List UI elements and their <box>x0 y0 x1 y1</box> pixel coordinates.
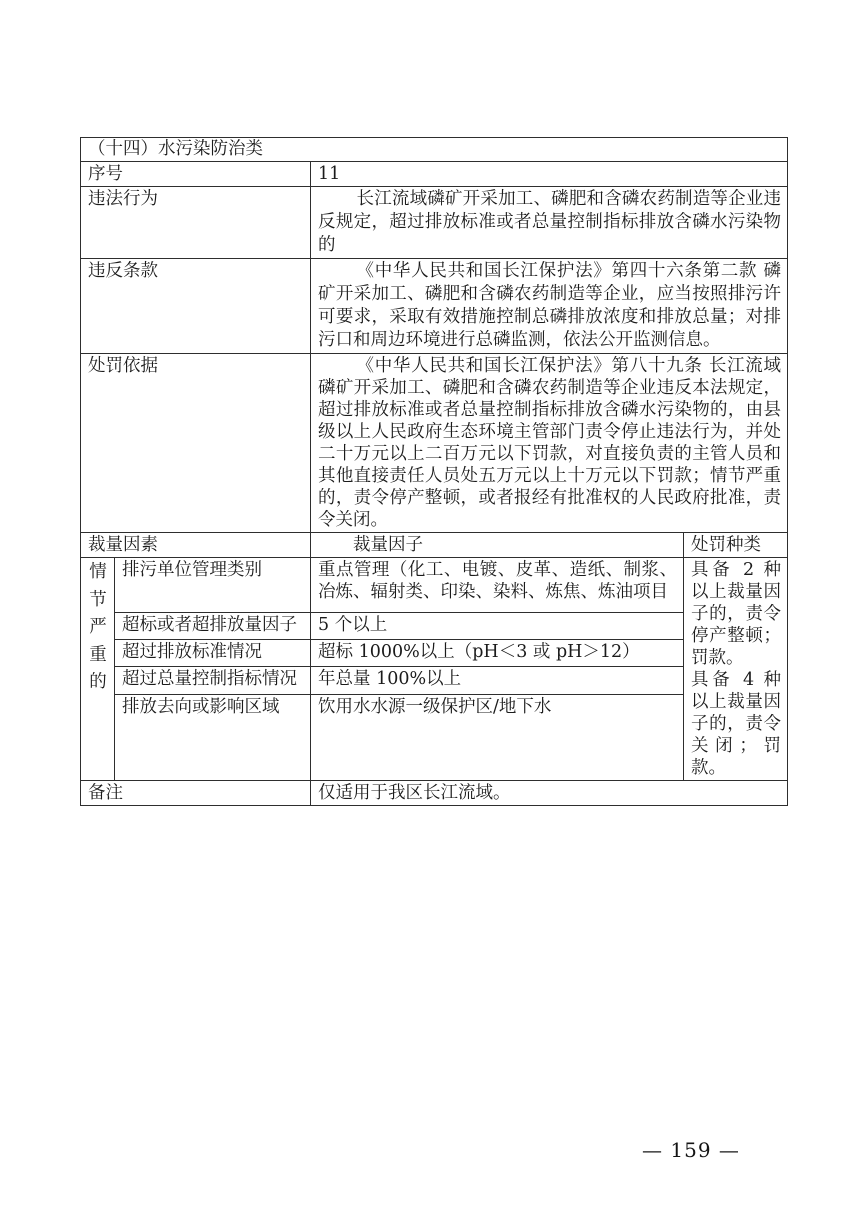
factor-value: 超标 1000%以上（pH＜3 或 pH＞12） <box>311 639 684 666</box>
value-remark: 仅适用于我区长江流域。 <box>311 781 788 806</box>
header-discretion-subfactor: 裁量因子 <box>311 533 684 558</box>
label-remark: 备注 <box>81 781 311 806</box>
penalty-type-1: 具备 2 种以上裁量因子的，责令停产整顿；罚款。 <box>691 559 781 669</box>
penalty-type-content: 具备 2 种以上裁量因子的，责令停产整顿；罚款。 具备 4 种以上裁量因子的，责… <box>684 558 788 781</box>
penalty-basis-text: 《中华人民共和国长江保护法》第八十九条 长江流域磷矿开采加工、磷肥和含磷农药制造… <box>318 355 781 531</box>
factor-row: 排放去向或影响区域 饮用水水源一级保护区/地下水 <box>81 694 788 780</box>
illegal-act-row: 违法行为 长江流域磷矿开采加工、磷肥和含磷农药制造等企业违反规定，超过排放标准或… <box>81 187 788 259</box>
header-discretion-factor: 裁量因素 <box>81 533 311 558</box>
factor-value: 年总量 100%以上 <box>311 667 684 694</box>
severity-label: 情节严重的 <box>81 558 115 781</box>
factor-row: 情节严重的 排污单位管理类别 重点管理（化工、电镀、皮革、造纸、制浆、冶炼、辐射… <box>81 558 788 613</box>
factor-name: 超过总量控制指标情况 <box>115 667 311 694</box>
factor-row: 超过总量控制指标情况 年总量 100%以上 <box>81 667 788 694</box>
label-illegal-act: 违法行为 <box>81 187 311 259</box>
factor-value-text: 重点管理（化工、电镀、皮革、造纸、制浆、冶炼、辐射类、印染、染料、炼焦、炼油项目 <box>318 559 677 603</box>
regulation-table: （十四）水污染防治类 序号 11 违法行为 长江流域磷矿开采加工、磷肥和含磷农药… <box>80 137 788 806</box>
label-serial-number: 序号 <box>81 162 311 187</box>
violated-clause-row: 违反条款 《中华人民共和国长江保护法》第四十六条第二款 磷矿开采加工、磷肥和含磷… <box>81 259 788 354</box>
factor-name: 超过排放标准情况 <box>115 639 311 666</box>
factor-value: 5 个以上 <box>311 612 684 639</box>
violated-clause-text: 《中华人民共和国长江保护法》第四十六条第二款 磷矿开采加工、磷肥和含磷农药制造等… <box>318 260 781 352</box>
header-penalty-type: 处罚种类 <box>684 533 788 558</box>
value-penalty-basis: 《中华人民共和国长江保护法》第八十九条 长江流域磷矿开采加工、磷肥和含磷农药制造… <box>311 354 788 533</box>
penalty-basis-row: 处罚依据 《中华人民共和国长江保护法》第八十九条 长江流域磷矿开采加工、磷肥和含… <box>81 354 788 533</box>
page-number: — 159 — <box>601 1138 781 1162</box>
penalty-type-2: 具备 4 种以上裁量因子的，责令关闭；罚款。 <box>691 669 781 779</box>
serial-number-row: 序号 11 <box>81 162 788 187</box>
label-violated-clause: 违反条款 <box>81 259 311 354</box>
value-illegal-act: 长江流域磷矿开采加工、磷肥和含磷农药制造等企业违反规定，超过排放标准或者总量控制… <box>311 187 788 259</box>
value-violated-clause: 《中华人民共和国长江保护法》第四十六条第二款 磷矿开采加工、磷肥和含磷农药制造等… <box>311 259 788 354</box>
illegal-act-text: 长江流域磷矿开采加工、磷肥和含磷农药制造等企业违反规定，超过排放标准或者总量控制… <box>318 188 781 257</box>
remark-row: 备注 仅适用于我区长江流域。 <box>81 781 788 806</box>
factor-name: 超标或者超排放量因子 <box>115 612 311 639</box>
factor-value: 重点管理（化工、电镀、皮革、造纸、制浆、冶炼、辐射类、印染、染料、炼焦、炼油项目 <box>311 558 684 613</box>
factor-name: 排放去向或影响区域 <box>115 694 311 780</box>
document-page: （十四）水污染防治类 序号 11 违法行为 长江流域磷矿开采加工、磷肥和含磷农药… <box>0 0 868 1227</box>
factor-row: 超过排放标准情况 超标 1000%以上（pH＜3 或 pH＞12） <box>81 639 788 666</box>
discretion-header-row: 裁量因素 裁量因子 处罚种类 <box>81 533 788 558</box>
factor-value: 饮用水水源一级保护区/地下水 <box>311 694 684 780</box>
section-title-row: （十四）水污染防治类 <box>81 138 788 162</box>
factor-row: 超标或者超排放量因子 5 个以上 <box>81 612 788 639</box>
value-serial-number: 11 <box>311 162 788 187</box>
factor-name: 排污单位管理类别 <box>115 558 311 613</box>
section-title: （十四）水污染防治类 <box>81 138 788 162</box>
label-penalty-basis: 处罚依据 <box>81 354 311 533</box>
